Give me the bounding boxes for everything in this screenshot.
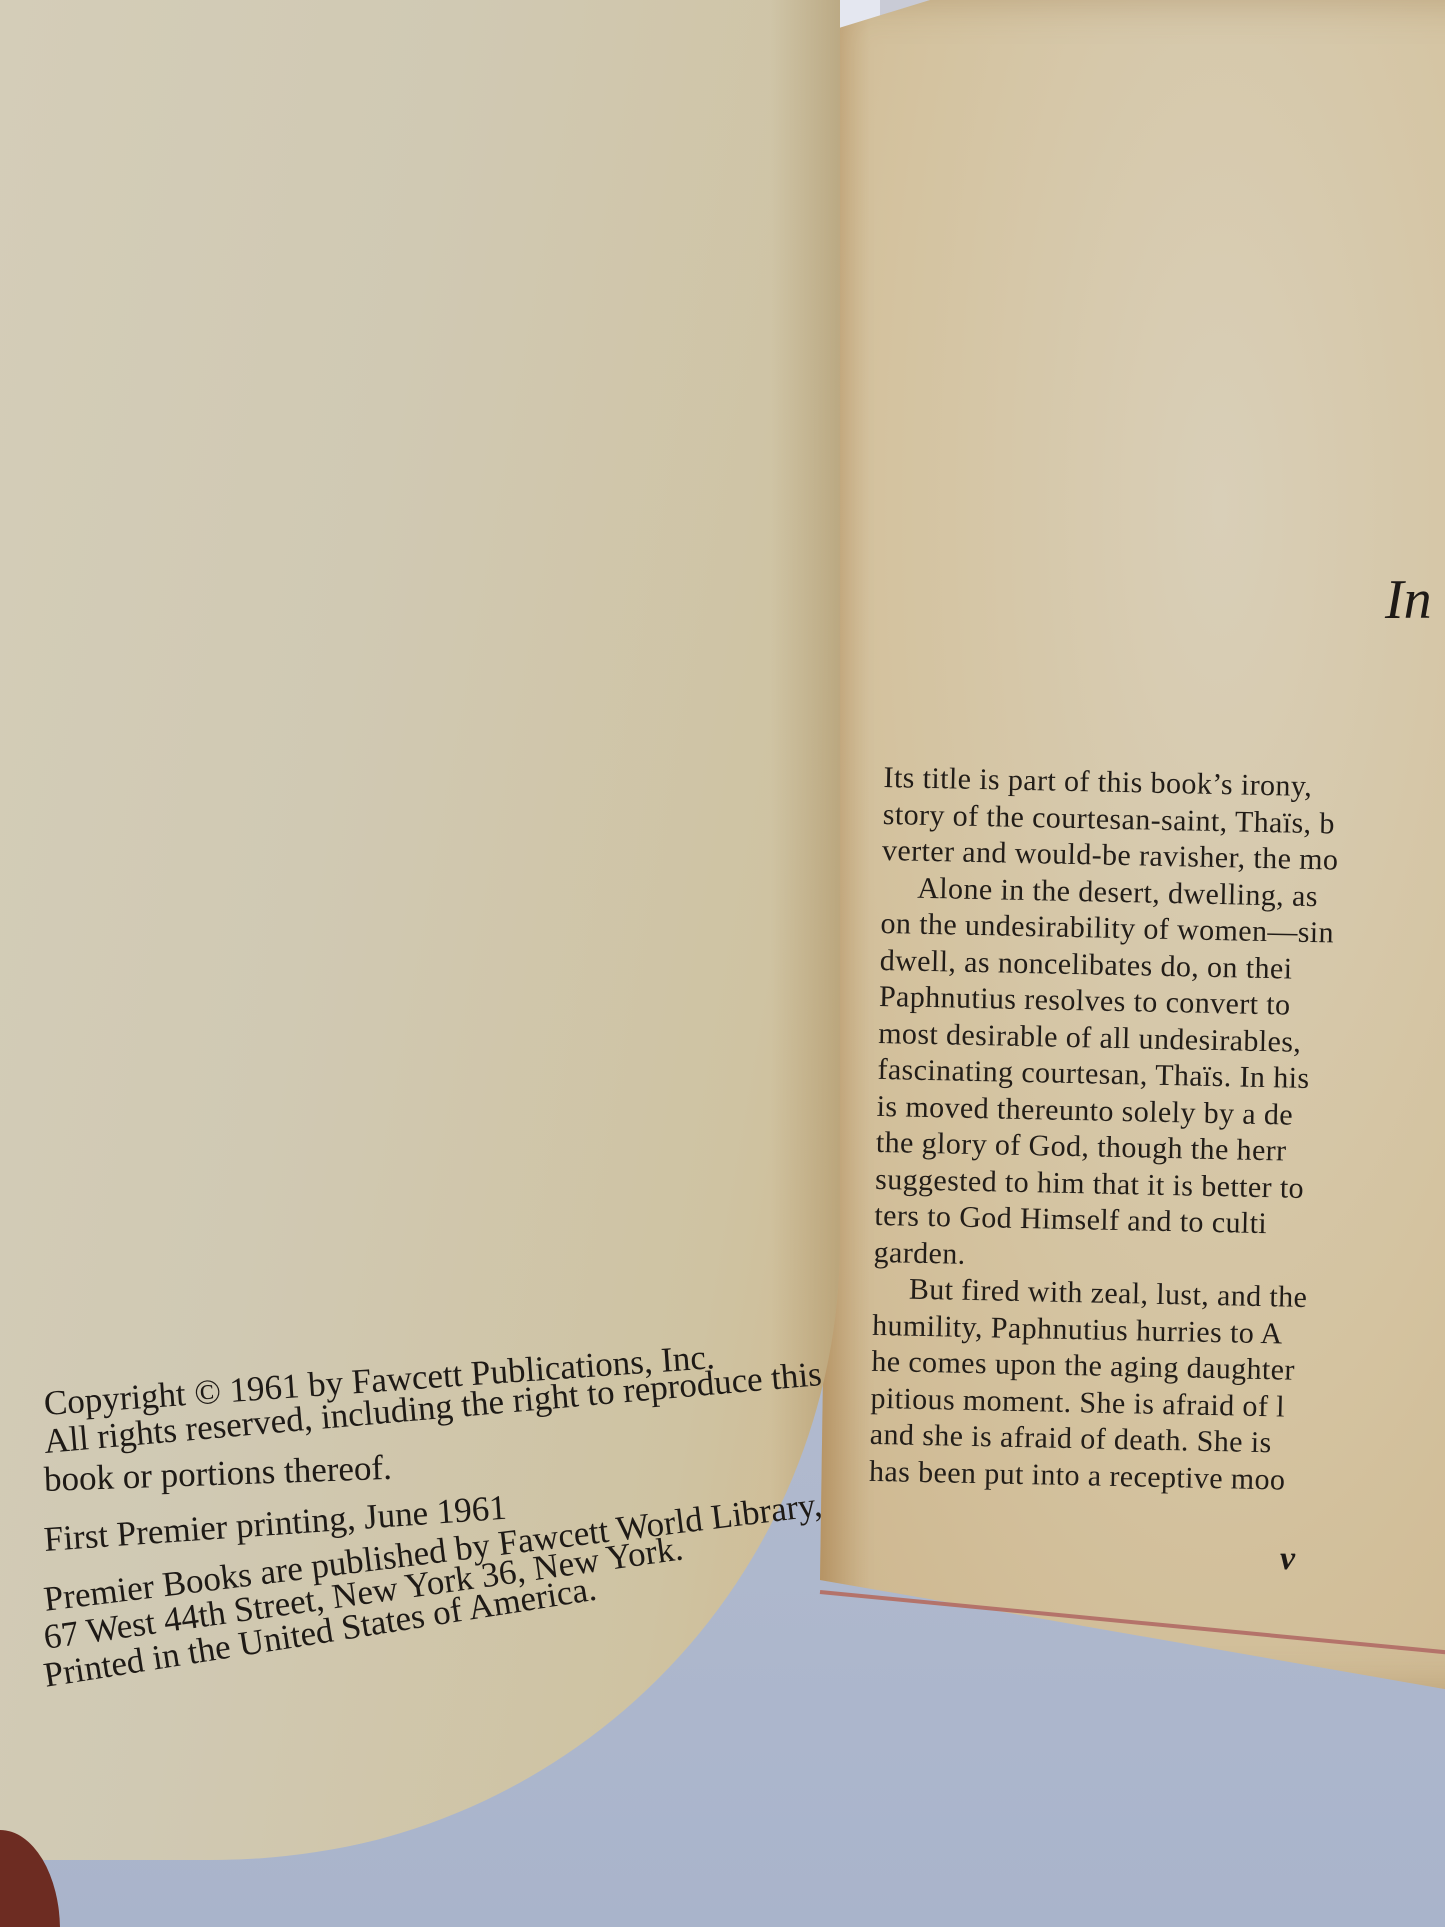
introduction-text: Its title is part of this book’s irony, … [869, 760, 1445, 1503]
chapter-heading-fragment: In [1385, 568, 1432, 632]
page-number: v [1280, 1540, 1295, 1578]
copyright-notice: Copyright © 1961 by Fawcett Publications… [44, 1385, 864, 1695]
